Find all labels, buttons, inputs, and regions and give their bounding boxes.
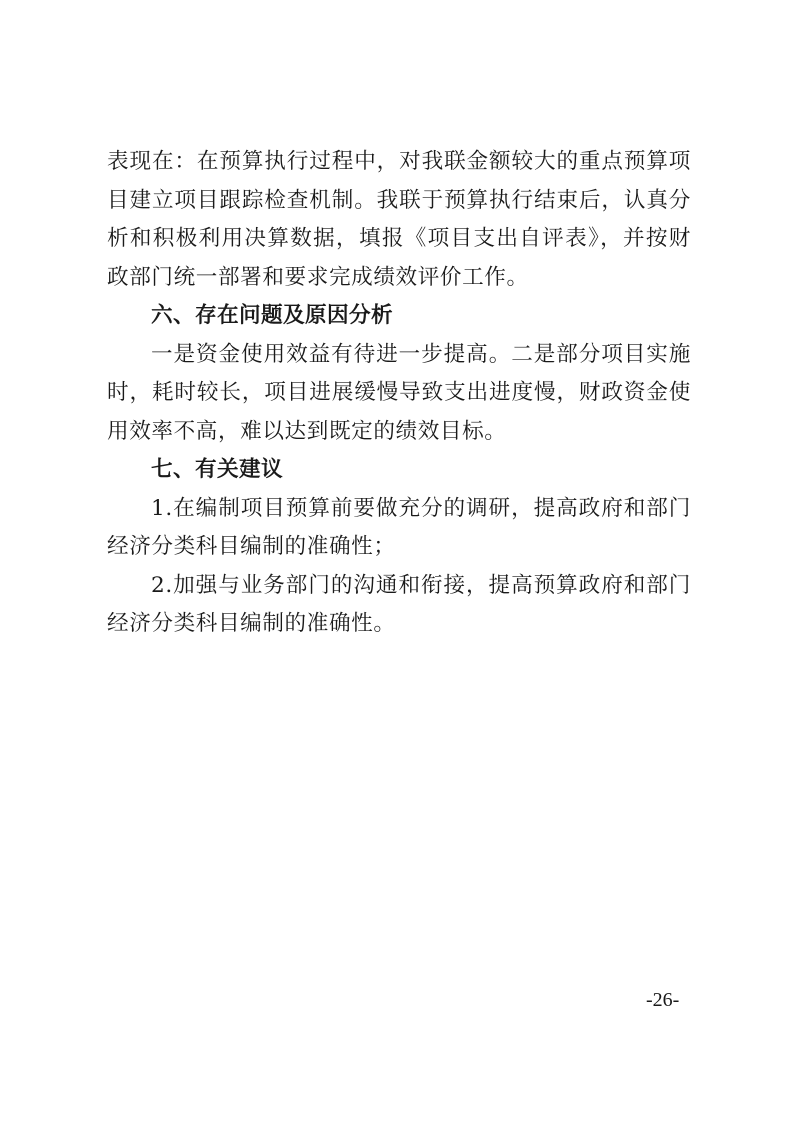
paragraph-problems: 一是资金使用效益有待进一步提高。二是部分项目实施时，耗时较长，项目进展缓慢导致支…: [107, 336, 691, 452]
paragraph-budget-execution: 表现在：在预算执行过程中，对我联金额较大的重点预算项目建立项目跟踪检查机制。我联…: [107, 143, 691, 297]
section-heading-suggestions: 七、有关建议: [107, 451, 691, 490]
document-page-body: 表现在：在预算执行过程中，对我联金额较大的重点预算项目建立项目跟踪检查机制。我联…: [107, 143, 691, 644]
page-number: -26-: [646, 989, 679, 1012]
suggestion-item-1: 1.在编制项目预算前要做充分的调研，提高政府和部门经济分类科目编制的准确性；: [107, 490, 691, 567]
section-heading-problems: 六、存在问题及原因分析: [107, 297, 691, 336]
suggestion-item-2: 2.加强与业务部门的沟通和衔接，提高预算政府和部门经济分类科目编制的准确性。: [107, 567, 691, 644]
